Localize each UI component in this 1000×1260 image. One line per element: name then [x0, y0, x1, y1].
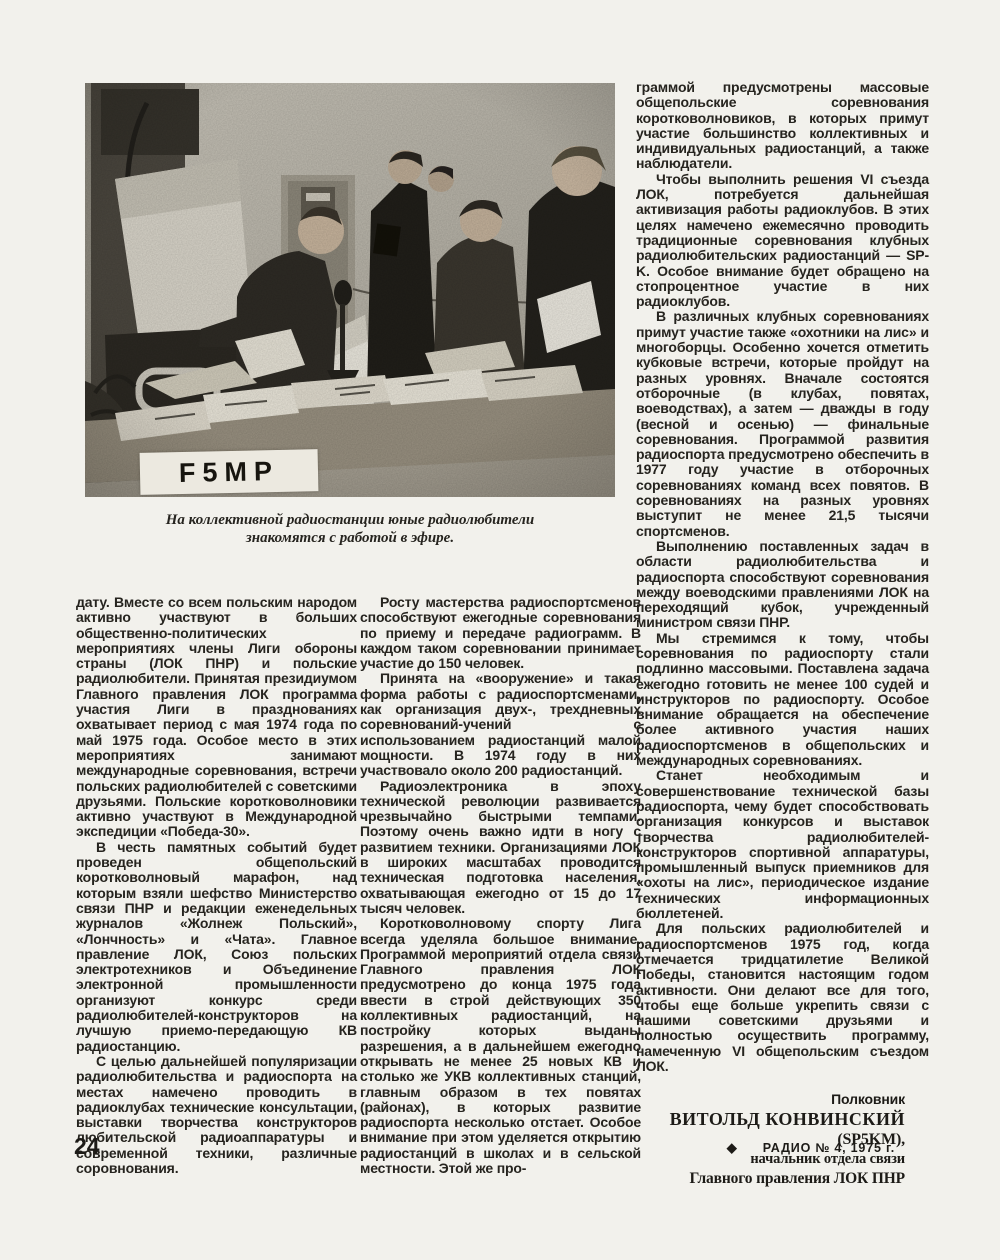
magazine-page: F5MP На коллективной радиостанции юные р…	[0, 0, 1000, 1260]
signature-rank: Полковник	[636, 1090, 905, 1109]
article-paragraph: Радиоэлектроника в эпоху технической рев…	[360, 779, 641, 917]
photo-radio-station: F5MP	[85, 83, 615, 497]
article-column-left: дату. Вместе со всем польским народом ак…	[76, 595, 357, 1176]
article-paragraph: Коротковолновому спорту Лига всегда удел…	[360, 916, 641, 1176]
article-paragraph: дату. Вместе со всем польским народом ак…	[76, 595, 357, 840]
page-number: 24	[74, 1133, 100, 1160]
photo-caption: На коллективной радиостанции юные радиол…	[85, 512, 615, 547]
footer-credit-text: РАДИО № 4, 1975 г.	[763, 1141, 895, 1155]
footer-credit: ◆ РАДИО № 4, 1975 г.	[727, 1140, 895, 1156]
signature-org: Главного правления ЛОК ПНР	[636, 1169, 905, 1189]
photo-caption-line2: знакомятся с работой в эфире.	[85, 530, 615, 548]
photo-illustration	[85, 83, 615, 497]
diamond-icon: ◆	[727, 1140, 737, 1156]
signature-name: ВИТОЛЬД КОНВИНСКИЙ	[636, 1109, 905, 1130]
article-paragraph: Мы стремимся к тому, чтобы соревнования …	[636, 631, 929, 769]
article-paragraph: Станет необходимым и совершенствование т…	[636, 768, 929, 921]
article-paragraph: В различных клубных соревнованиях примут…	[636, 309, 929, 538]
article-column-middle: Росту мастерства радиоспортсменов способ…	[360, 595, 641, 1176]
article-column-right: граммой предусмотрены массовые общепольс…	[636, 80, 929, 1189]
article-paragraph: Принята на «вооружение» и такая форма ра…	[360, 671, 641, 778]
article-paragraph: Выполнению поставленных задач в области …	[636, 539, 929, 631]
article-paragraph: В честь памятных событий будет проведен …	[76, 840, 357, 1054]
article-paragraph: граммой предусмотрены массовые общепольс…	[636, 80, 929, 172]
article-paragraph: Для польских радиолюбителей и радиоспорт…	[636, 921, 929, 1074]
f5mp-sign: F5MP	[140, 449, 319, 495]
article-paragraph: С целью дальнейшей популяризации радиолю…	[76, 1054, 357, 1176]
article-paragraph: Росту мастерства радиоспортсменов способ…	[360, 595, 641, 671]
photo-caption-line1: На коллективной радиостанции юные радиол…	[85, 512, 615, 530]
article-paragraph: Чтобы выполнить решения VI съезда ЛОК, п…	[636, 172, 929, 310]
